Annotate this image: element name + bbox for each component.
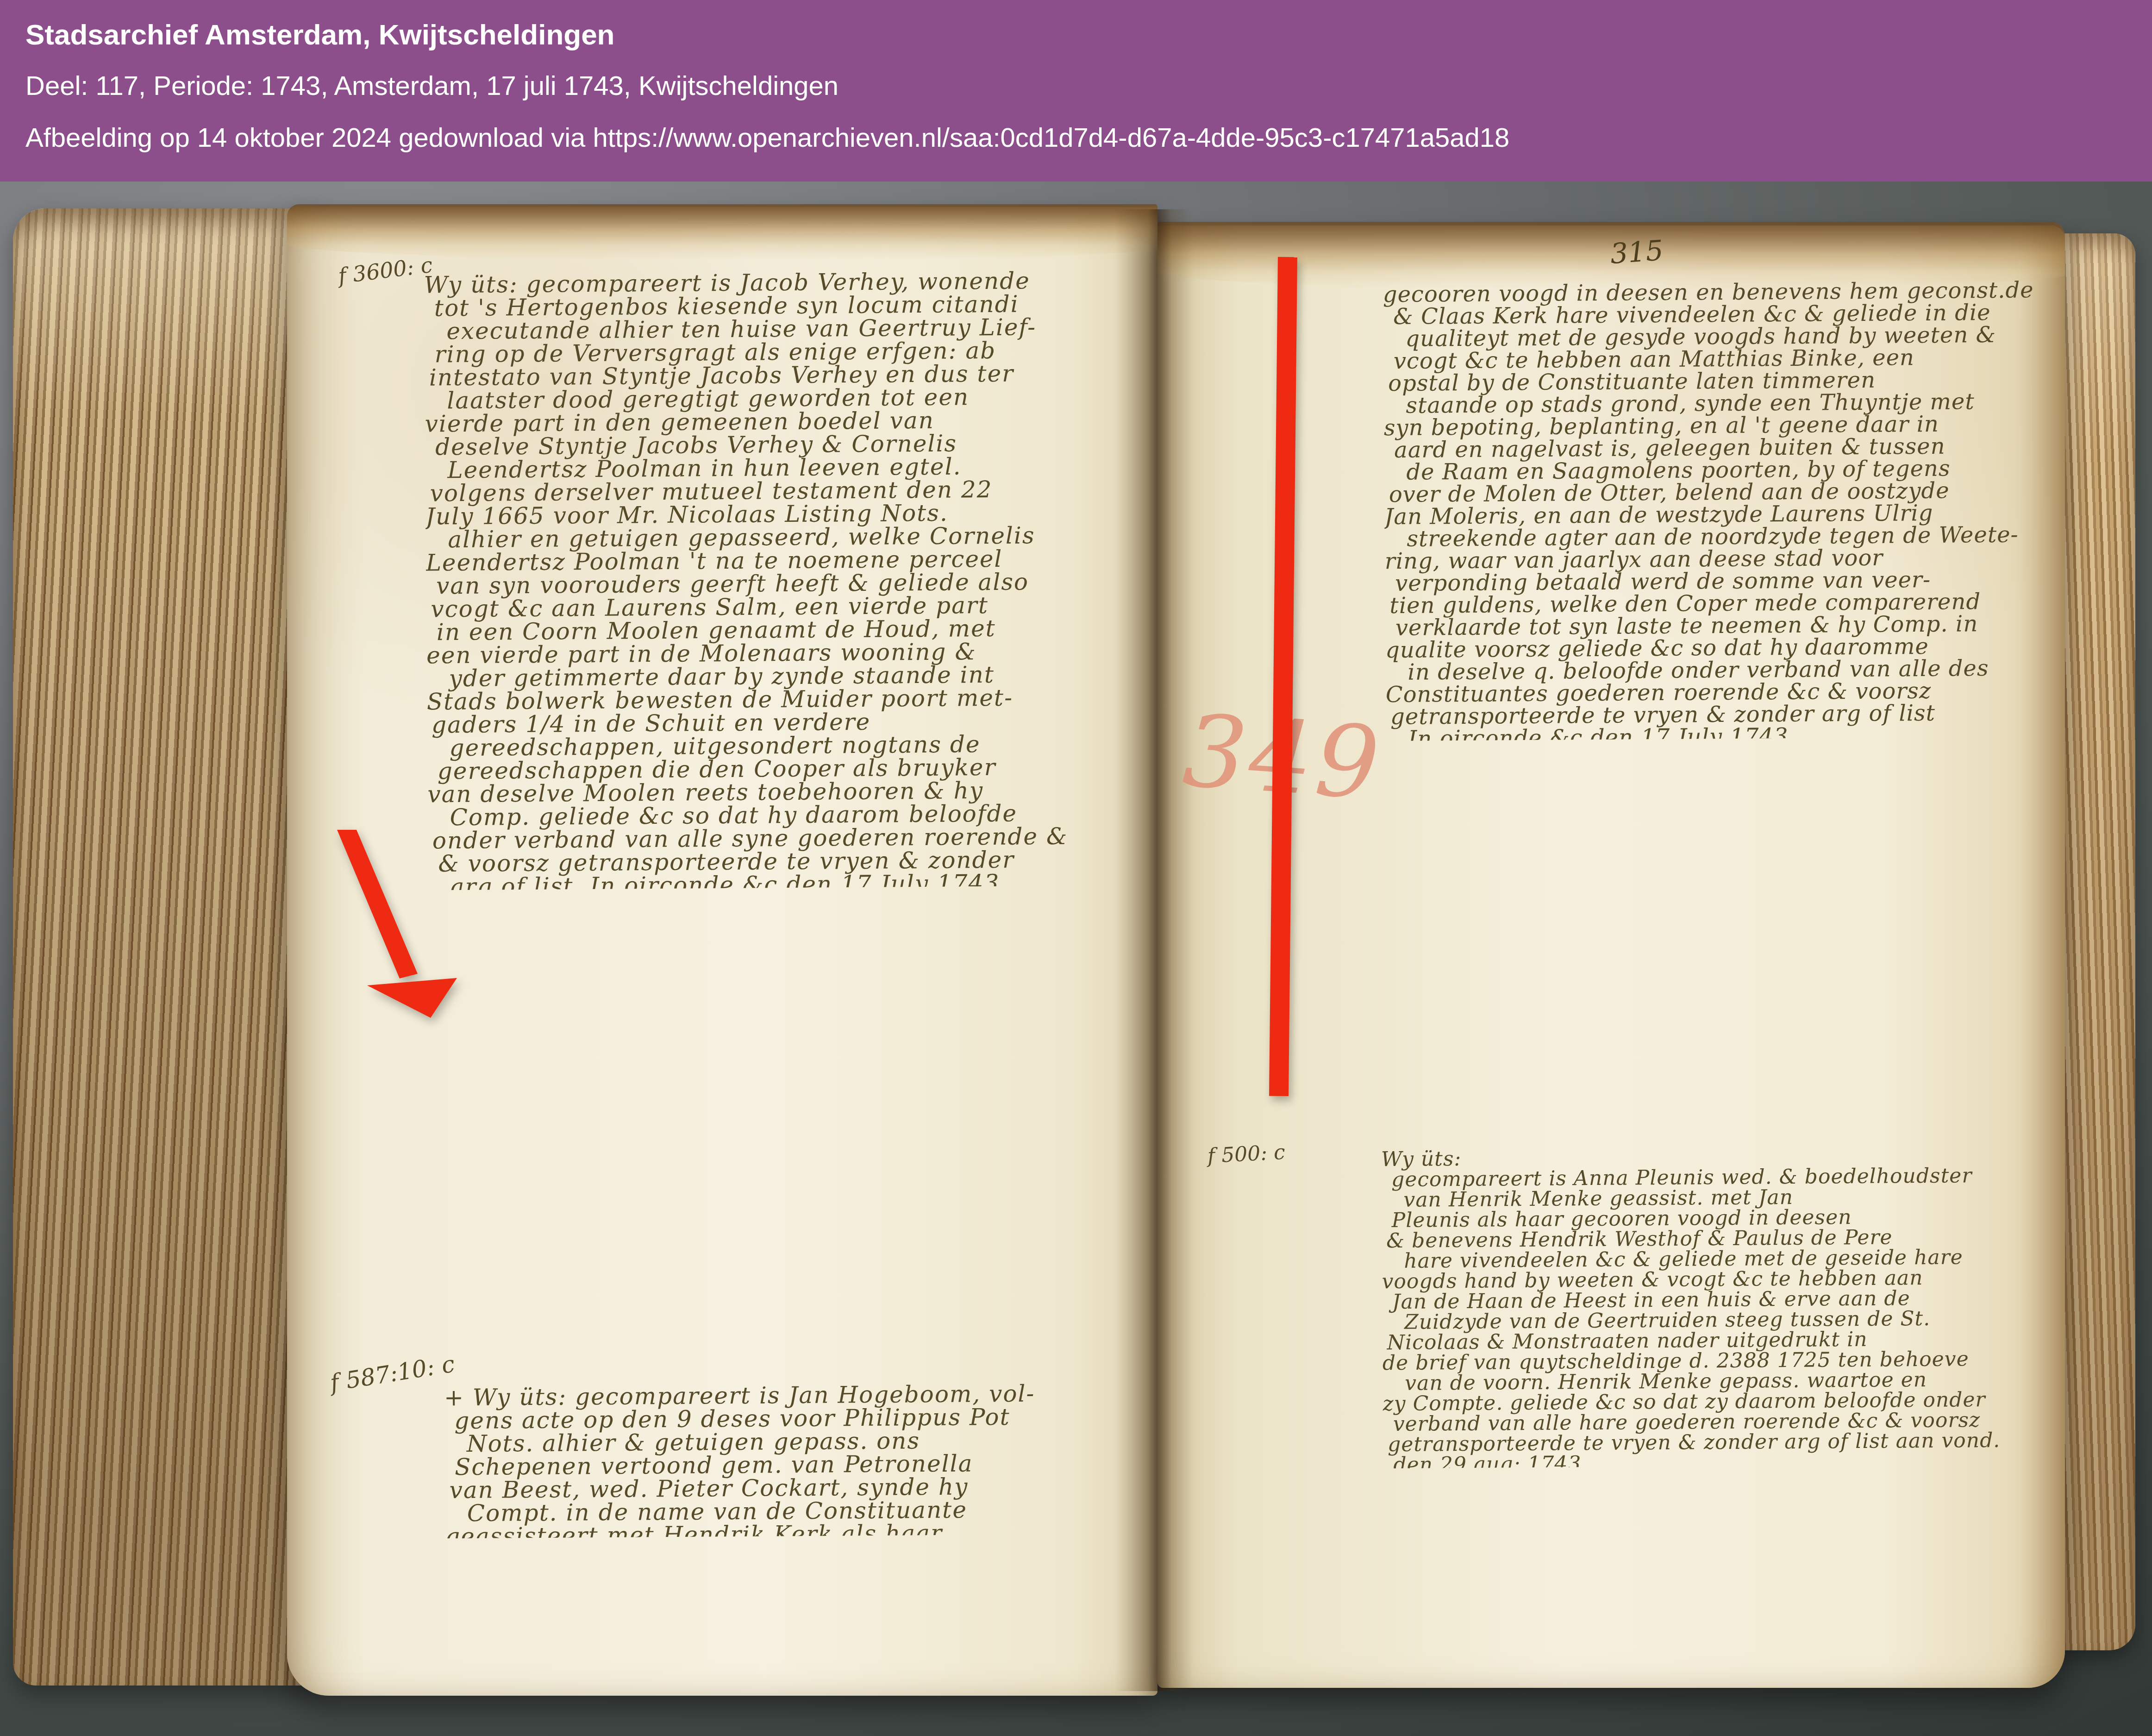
archive-title: Stadsarchief Amsterdam, Kwijtscheldingen: [25, 19, 614, 51]
arrow-head: [367, 978, 457, 1018]
manuscript-entry-left-1: Wy üts: gecompareert is Jacob Verhey, wo…: [424, 260, 1159, 890]
archive-photo: f 3600: c Wy üts: gecompareert is Jacob …: [0, 182, 2152, 1736]
page-edge-stack-left: [13, 208, 319, 1686]
manuscript-line: staande op stads grond, synde een Thuynt…: [1383, 381, 2069, 407]
red-arrow-annotation: [324, 829, 463, 1023]
manuscript-line: onder verband van alle syne goederen roe…: [428, 815, 1159, 844]
manuscript-line: in deselve q. beloofde onder verband van…: [1385, 647, 2071, 674]
manuscript-entry-left-2: + Wy üts: gecompareert is Jan Hogeboom, …: [444, 1372, 1158, 1539]
manuscript-line: gecompareert is Anna Pleunis wed. & boed…: [1381, 1158, 2071, 1183]
manuscript-line: de brief van quytscheldinge d. 2388 1725…: [1383, 1341, 2072, 1366]
manuscript-line: getransporteerde te vryen & zonder arg o…: [1383, 1423, 2073, 1448]
archive-viewer-screenshot: Stadsarchief Amsterdam, Kwijtscheldingen…: [0, 0, 2152, 1736]
manuscript-entry-right-1: gecooren voogd in deesen en benevens hem…: [1383, 269, 2071, 741]
manuscript-line: streekende agter aan de noordzyde tegen …: [1384, 514, 2070, 541]
download-note: Afbeelding op 14 oktober 2024 gedownload…: [25, 122, 1509, 153]
margin-annotation-right-1: f 500: c: [1207, 1141, 1286, 1168]
manuscript-line: qualiteyt met de gesyde voogds hand by w…: [1383, 314, 2068, 341]
archive-subtitle: Deel: 117, Periode: 1743, Amsterdam, 17 …: [25, 70, 838, 101]
metadata-banner: Stadsarchief Amsterdam, Kwijtscheldingen…: [0, 0, 2152, 182]
manuscript-entry-right-2: Wy üts:gecompareert is Anna Pleunis wed.…: [1381, 1138, 2073, 1468]
arrow-shaft: [337, 830, 418, 978]
manuscript-line: verklaarde tot syn laste te neemen & hy …: [1385, 603, 2071, 630]
page-number: 315: [1609, 234, 1664, 270]
